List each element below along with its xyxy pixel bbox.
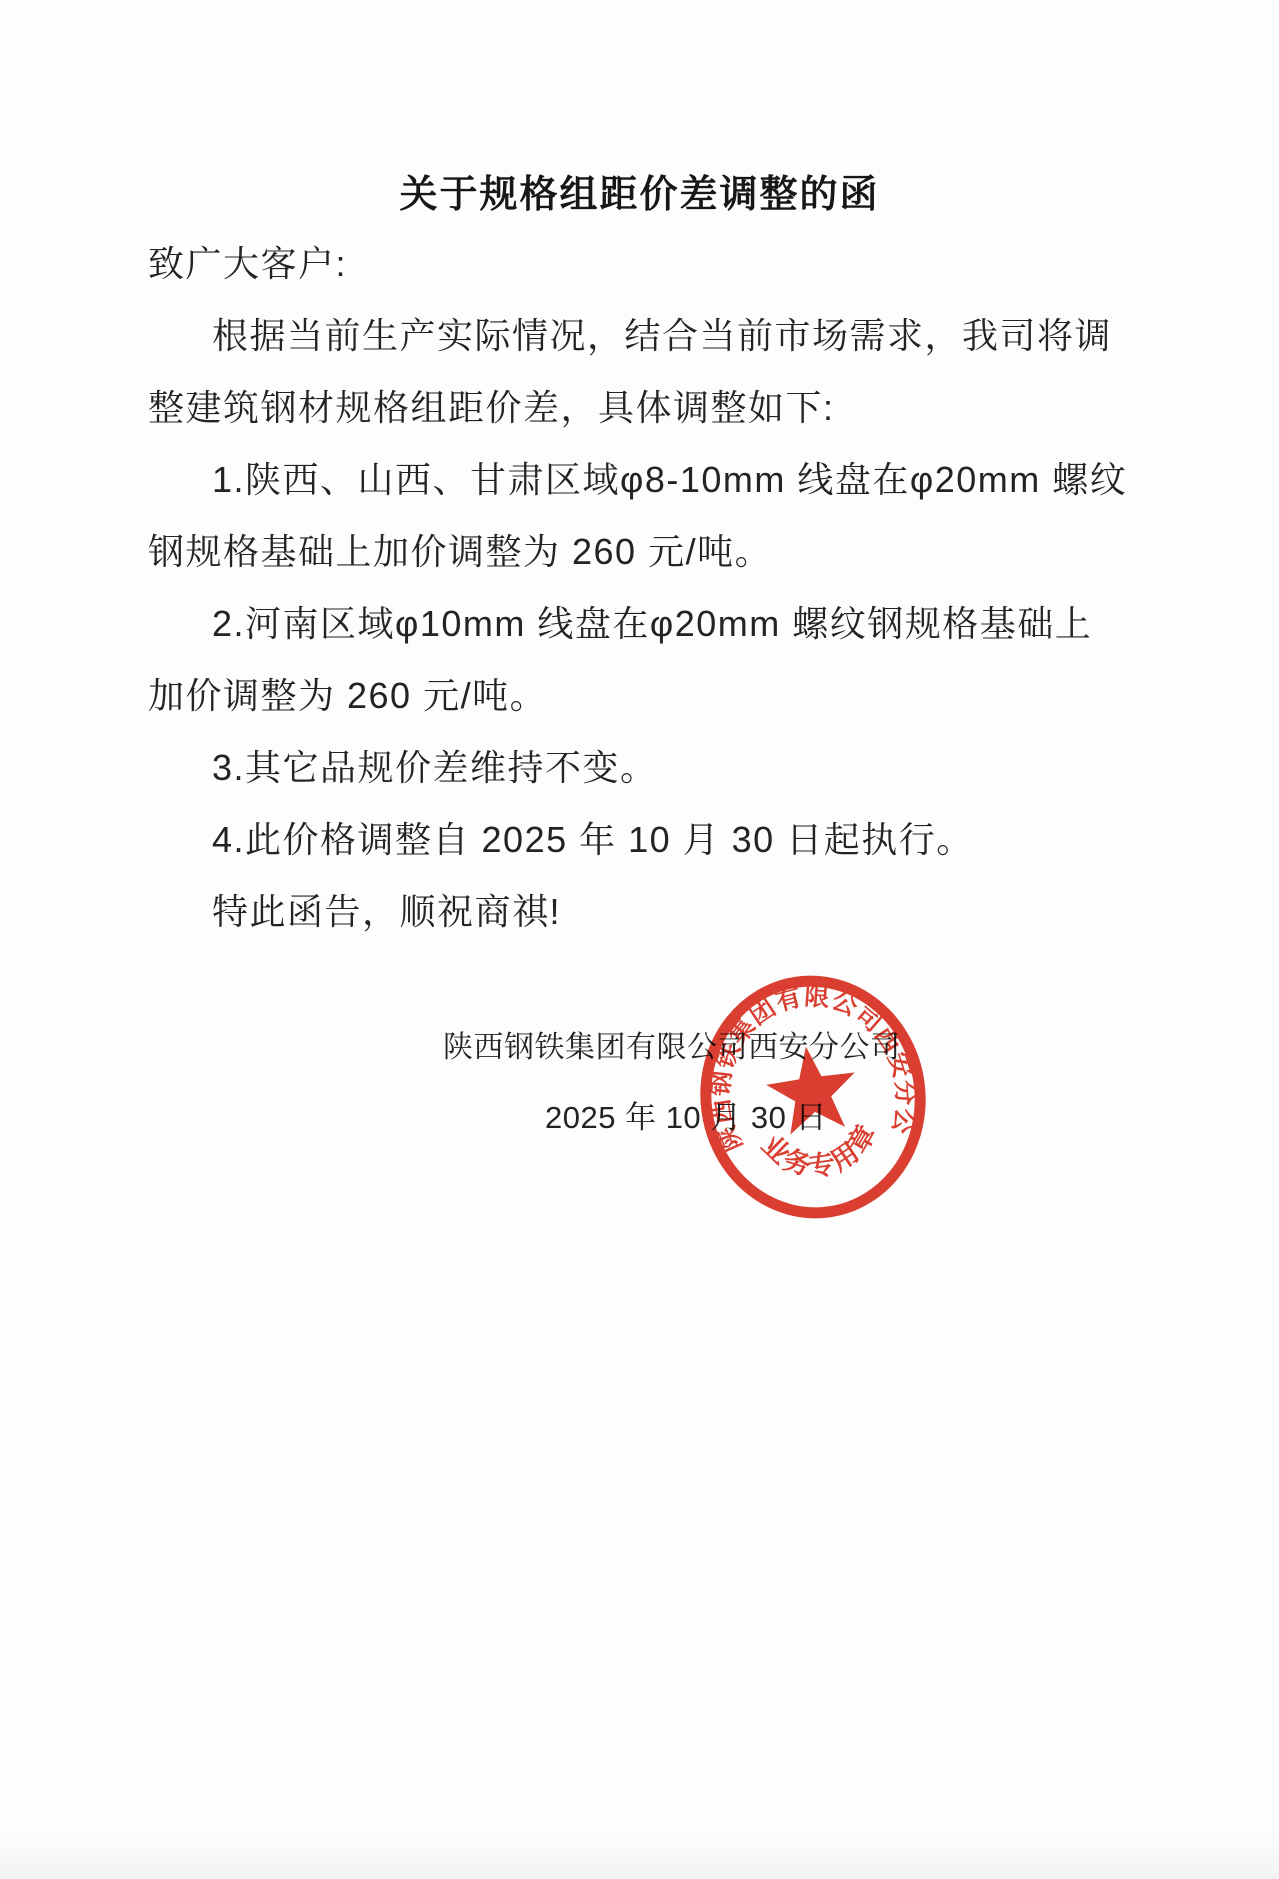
body-line: 加价调整为 260 元/吨。	[148, 672, 547, 720]
body-line: 钢规格基础上加价调整为 260 元/吨。	[148, 528, 772, 576]
body-line: 2.河南区域φ10mm 线盘在φ20mm 螺纹钢规格基础上	[212, 600, 1092, 648]
body-line: 根据当前生产实际情况，结合当前市场需求，我司将调	[212, 312, 1112, 360]
svg-text:业务专用章: 业务专用章	[753, 1114, 888, 1189]
body-line: 4.此价格调整自 2025 年 10 月 30 日起执行。	[212, 816, 974, 864]
company-seal-stamp: 陕西钢铁集团有限公司西安分公司 业务专用章	[681, 957, 946, 1237]
seal-star-icon	[762, 1040, 862, 1137]
body-line: 特此函告，顺祝商祺!	[212, 888, 561, 936]
body-line: 1.陕西、山西、甘肃区域φ8-10mm 线盘在φ20mm 螺纹	[212, 456, 1127, 504]
body-line: 整建筑钢材规格组距价差，具体调整如下:	[148, 384, 835, 432]
seal-graphic: 陕西钢铁集团有限公司西安分公司 业务专用章	[681, 957, 946, 1237]
document-title: 关于规格组距价差调整的函	[0, 163, 1279, 218]
greeting-line: 致广大客户:	[148, 240, 347, 288]
seal-bottom-text: 业务专用章	[753, 1114, 888, 1189]
body-line: 3.其它品规价差维持不变。	[212, 744, 658, 792]
letter-document: 关于规格组距价差调整的函 致广大客户: 根据当前生产实际情况，结合当前市场需求，…	[0, 0, 1279, 1879]
